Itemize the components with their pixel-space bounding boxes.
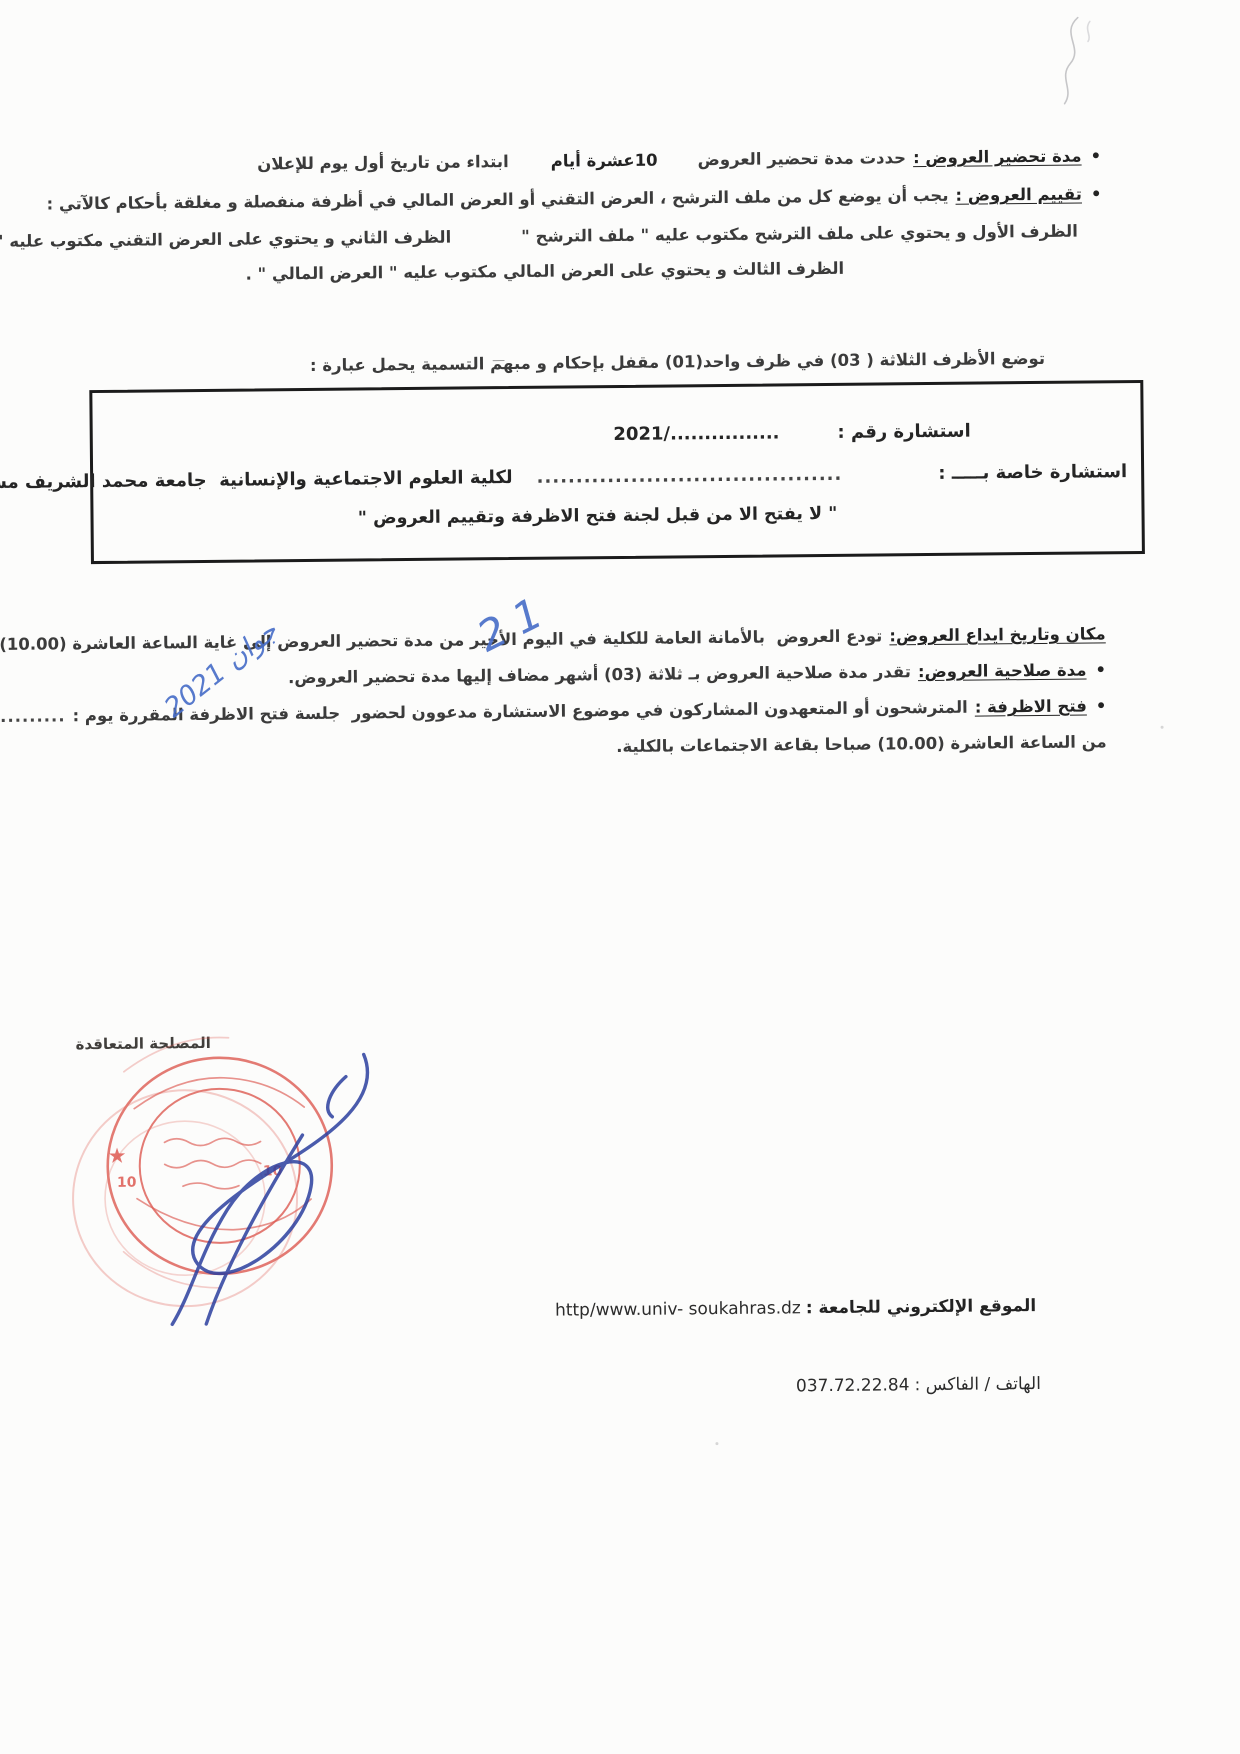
spacer bbox=[458, 241, 514, 243]
validity-line: • مدة صلاحية العروض: تقدر مدة صلاحية الع… bbox=[288, 658, 1106, 690]
consultation-number-row: استشارة رقم : ................/2021 bbox=[613, 421, 971, 445]
document-page: • مدة تحضير العروض : حددت مدة تحضير العر… bbox=[0, 0, 1240, 1754]
website-line: الموقع الإلكتروني للجامعة : http/www.uni… bbox=[555, 1296, 1036, 1321]
scan-speck bbox=[1161, 726, 1164, 729]
spacer bbox=[842, 478, 938, 480]
phone-value: 037.72.22.84 bbox=[796, 1375, 910, 1396]
stamp-star-icon: ★ bbox=[108, 1144, 127, 1168]
consultation-number-value: ................/2021 bbox=[613, 422, 779, 445]
outer-envelope-text: توضع الأظرف الثلاثة ( 03) في ظرف واحد(01… bbox=[310, 347, 1045, 378]
deposit-heading: مكان وتاريخ ايداع العروض: bbox=[889, 622, 1106, 648]
opening-body-2: من الساعة العاشرة (10.00) صباحا بقاعة ال… bbox=[616, 730, 1107, 759]
website-label: الموقع الإلكتروني للجامعة : bbox=[806, 1296, 1037, 1318]
evaluation-heading: تقييم العروض : bbox=[955, 183, 1082, 208]
evaluation-body: يجب أن يوضع كل من ملف الترشح ، العرض الت… bbox=[46, 184, 948, 217]
opening-date-dots: ........................................… bbox=[0, 704, 66, 732]
phone-line: الهاتف / الفاكس : 037.72.22.84 bbox=[796, 1374, 1041, 1396]
consultation-box: استشارة رقم : ................/2021 استش… bbox=[89, 380, 1145, 564]
website-value: http/www.univ- soukahras.dz bbox=[555, 1298, 801, 1320]
envelope-second: الظرف الثاني و يحتوي على العرض التقني مك… bbox=[0, 226, 451, 256]
consultation-number-label: استشارة رقم : bbox=[837, 421, 970, 443]
scanned-content: • مدة تحضير العروض : حددت مدة تحضير العر… bbox=[0, 0, 1240, 1754]
round-stamp-and-signature: ★ 10 10 bbox=[63, 1014, 406, 1337]
spacer bbox=[516, 166, 544, 167]
warning-row: " لا يفتح الا من قبل لجنة فتح الاظرفة وت… bbox=[133, 502, 1061, 531]
pencil-scratch-artifact bbox=[1044, 11, 1109, 112]
spacer bbox=[780, 437, 838, 439]
prep-duration-heading: مدة تحضير العروض : bbox=[913, 145, 1082, 171]
spacer bbox=[665, 164, 691, 165]
bullet-icon: • bbox=[1091, 182, 1102, 206]
prep-duration-start: ابتداء من تاريخ أول يوم للإعلان bbox=[257, 150, 509, 176]
envelope-3-line: الظرف الثالث و يحتوي على العرض المالي مك… bbox=[245, 257, 844, 287]
prep-duration-value: 10عشرة أيام bbox=[551, 149, 658, 174]
bullet-icon: • bbox=[1095, 658, 1106, 682]
opening-line-2: من الساعة العاشرة (10.00) صباحا بقاعة ال… bbox=[616, 730, 1107, 759]
opening-heading: فتح الاظرفة : bbox=[975, 695, 1087, 720]
validity-heading: مدة صلاحية العروض: bbox=[918, 659, 1087, 685]
envelope-first: الظرف الأول و يحتوي على ملف الترشح مكتوب… bbox=[521, 220, 1078, 249]
scan-speck bbox=[715, 1442, 718, 1445]
outer-envelope-line: توضع الأظرف الثلاثة ( 03) في ظرف واحد(01… bbox=[310, 347, 1045, 378]
validity-body: تقدر مدة صلاحية العروض بـ ثلاثة (03) أشه… bbox=[288, 660, 911, 690]
envelope-third: الظرف الثالث و يحتوي على العرض المالي مك… bbox=[245, 257, 844, 287]
prep-duration-line: • مدة تحضير العروض : حددت مدة تحضير العر… bbox=[257, 144, 1101, 176]
consultation-subject-row: استشارة خاصة بـــــ : ..................… bbox=[0, 461, 1127, 495]
prep-duration-body: حددت مدة تحضير العروض bbox=[697, 146, 906, 172]
phone-label: الهاتف / الفاكس : bbox=[914, 1374, 1041, 1395]
spacer bbox=[513, 482, 537, 483]
evaluation-line: • تقييم العروض : يجب أن يوضع كل من ملف ا… bbox=[46, 182, 1101, 216]
fill-in-dots: ....................................... bbox=[537, 464, 843, 488]
deposit-body: تودع العروض بالأمانة العامة للكلية في ال… bbox=[0, 624, 882, 657]
envelope-1-2-line: الظرف الأول و يحتوي على ملف الترشح مكتوب… bbox=[0, 220, 1078, 256]
faculty-name: لكلية العلوم الاجتماعية والإنسانية جامعة… bbox=[0, 467, 513, 495]
signature-strokes bbox=[170, 1054, 370, 1324]
dash-mark: — bbox=[492, 353, 505, 368]
consultation-subject-label: استشارة خاصة بـــــ : bbox=[938, 461, 1127, 484]
warning-text: " لا يفتح الا من قبل لجنة فتح الاظرفة وت… bbox=[358, 504, 838, 529]
stamp-number-left: 10 bbox=[117, 1175, 137, 1191]
bullet-icon: • bbox=[1090, 144, 1101, 168]
bullet-icon: • bbox=[1096, 694, 1107, 718]
